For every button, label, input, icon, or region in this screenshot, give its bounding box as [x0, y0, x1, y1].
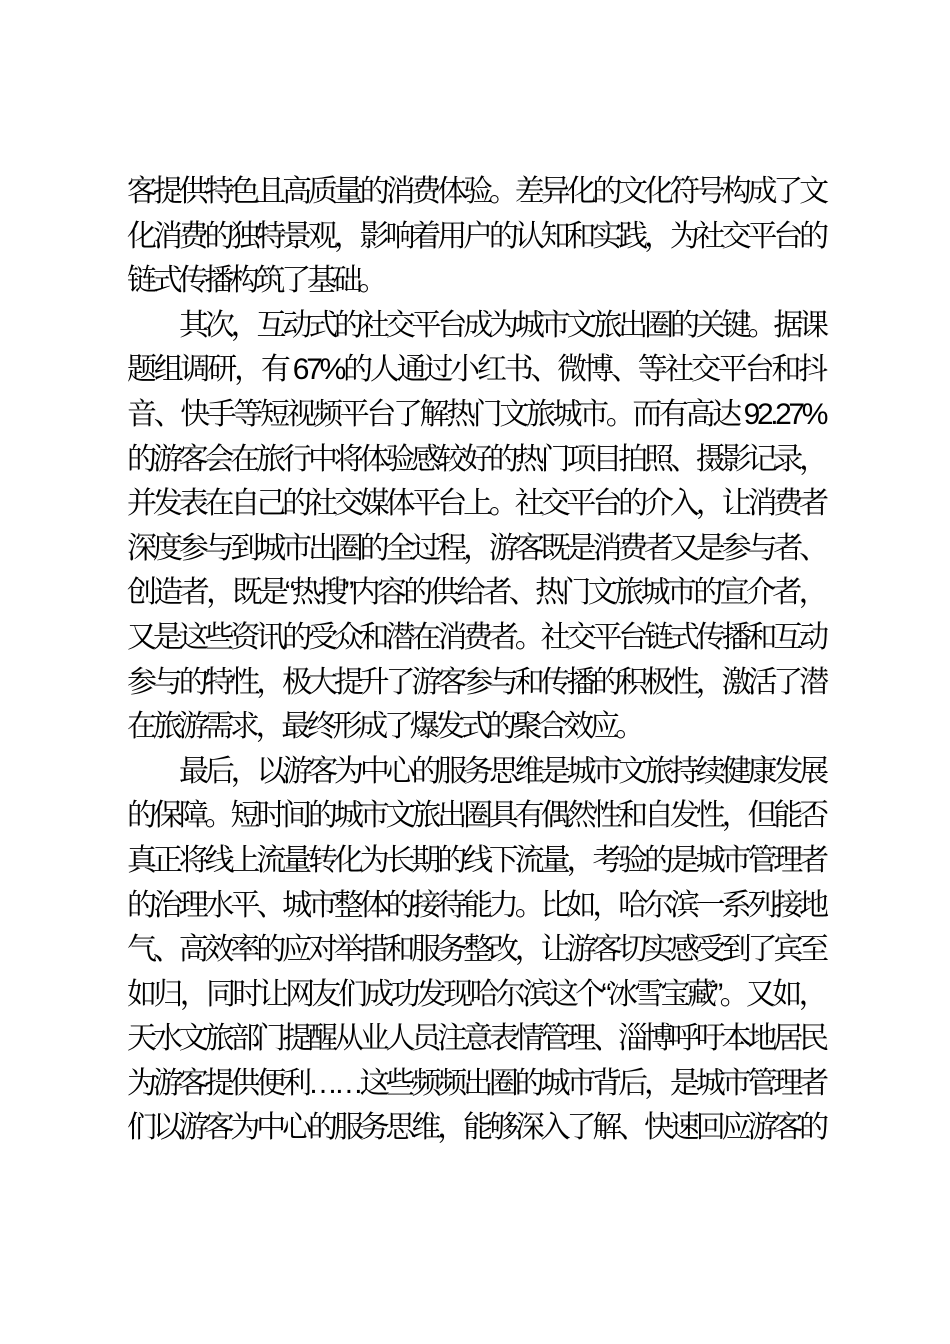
text-line: 的游客会在旅行中将体验感较好的热门项目拍照、摄影记录， — [127, 438, 825, 483]
text-line: 最后，以游客为中心的服务思维是城市文旅持续健康发展 — [127, 750, 825, 795]
line-text: 并发表在自己的社交媒体平台上。社交平台的介入，让消费者 — [127, 487, 825, 520]
line-text: 又是这些资讯的受众和潜在消费者。社交平台链式传播和互动 — [127, 621, 825, 654]
line-text: 其次，互动式的社交平台成为城市文旅出圈的关键。据课 — [179, 309, 825, 342]
text-line: 如归，同时让网友们成功发现哈尔滨这个“冰雪宝藏”。又如， — [127, 973, 825, 1018]
text-line: 真正将线上流量转化为长期的线下流量，考验的是城市管理者 — [127, 839, 825, 884]
line-text: 真正将线上流量转化为长期的线下流量，考验的是城市管理者 — [127, 844, 825, 877]
text-line: 在旅游需求，最终形成了爆发式的聚合效应。 — [127, 705, 825, 750]
line-text: 的治理水平、城市整体的接待能力。比如，哈尔滨一系列接地 — [127, 889, 825, 922]
line-text: 如归，同时让网友们成功发现哈尔滨这个“冰雪宝藏”。又如， — [127, 978, 825, 1011]
text-line: 又是这些资讯的受众和潜在消费者。社交平台链式传播和互动 — [127, 616, 825, 661]
line-text: 们以游客为中心的服务思维，能够深入了解、快速回应游客的 — [127, 1111, 825, 1144]
line-text: 题组调研，有 67%的人通过小红书、微博、等社交平台和抖 — [127, 353, 825, 386]
text-line: 们以游客为中心的服务思维，能够深入了解、快速回应游客的 — [127, 1106, 825, 1151]
line-text: 客提供特色且高质量的消费体验。差异化的文化符号构成了文 — [127, 175, 825, 208]
text-line: 的治理水平、城市整体的接待能力。比如，哈尔滨一系列接地 — [127, 884, 825, 929]
line-text: 音、快手等短视频平台了解热门文旅城市。而有高达 92.27% — [127, 398, 825, 431]
document-text-block: 客提供特色且高质量的消费体验。差异化的文化符号构成了文化消费的独特景观，影响着用… — [127, 170, 825, 1151]
text-line: 并发表在自己的社交媒体平台上。社交平台的介入，让消费者 — [127, 482, 825, 527]
line-text: 的游客会在旅行中将体验感较好的热门项目拍照、摄影记录， — [127, 443, 825, 476]
text-line: 为游客提供便利……这些频频出圈的城市背后，是城市管理者 — [127, 1062, 825, 1107]
line-text: 气、高效率的应对举措和服务整改，让游客切实感受到了宾至 — [127, 933, 825, 966]
text-line: 气、高效率的应对举措和服务整改，让游客切实感受到了宾至 — [127, 928, 825, 973]
line-text: 化消费的独特景观，影响着用户的认知和实践，为社交平台的 — [127, 220, 825, 253]
text-line: 创造者，既是“热搜”内容的供给者、热门文旅城市的宣介者， — [127, 571, 825, 616]
line-text: 链式传播构筑了基础。 — [127, 264, 384, 297]
line-text: 深度参与到城市出圈的全过程，游客既是消费者又是参与者、 — [127, 532, 825, 565]
line-text: 的保障。短时间的城市文旅出圈具有偶然性和自发性，但能否 — [127, 799, 825, 832]
line-text: 最后，以游客为中心的服务思维是城市文旅持续健康发展 — [179, 755, 825, 788]
line-text: 创造者，既是“热搜”内容的供给者、热门文旅城市的宣介者， — [127, 576, 825, 609]
text-line: 音、快手等短视频平台了解热门文旅城市。而有高达 92.27% — [127, 393, 825, 438]
text-line: 链式传播构筑了基础。 — [127, 259, 825, 304]
text-line: 天水文旅部门提醒从业人员注意表情管理、淄博呼吁本地居民 — [127, 1017, 825, 1062]
line-text: 为游客提供便利……这些频频出圈的城市背后，是城市管理者 — [127, 1067, 825, 1100]
text-line: 深度参与到城市出圈的全过程，游客既是消费者又是参与者、 — [127, 527, 825, 572]
text-line: 其次，互动式的社交平台成为城市文旅出圈的关键。据课 — [127, 304, 825, 349]
line-text: 参与的特性，极大提升了游客参与和传播的积极性，激活了潜 — [127, 666, 825, 699]
document-page: 客提供特色且高质量的消费体验。差异化的文化符号构成了文化消费的独特景观，影响着用… — [0, 0, 950, 1344]
text-line: 化消费的独特景观，影响着用户的认知和实践，为社交平台的 — [127, 215, 825, 260]
line-text: 天水文旅部门提醒从业人员注意表情管理、淄博呼吁本地居民 — [127, 1022, 825, 1055]
line-text: 在旅游需求，最终形成了爆发式的聚合效应。 — [127, 710, 641, 743]
text-line: 题组调研，有 67%的人通过小红书、微博、等社交平台和抖 — [127, 348, 825, 393]
text-line: 参与的特性，极大提升了游客参与和传播的积极性，激活了潜 — [127, 661, 825, 706]
text-line: 的保障。短时间的城市文旅出圈具有偶然性和自发性，但能否 — [127, 794, 825, 839]
text-line: 客提供特色且高质量的消费体验。差异化的文化符号构成了文 — [127, 170, 825, 215]
